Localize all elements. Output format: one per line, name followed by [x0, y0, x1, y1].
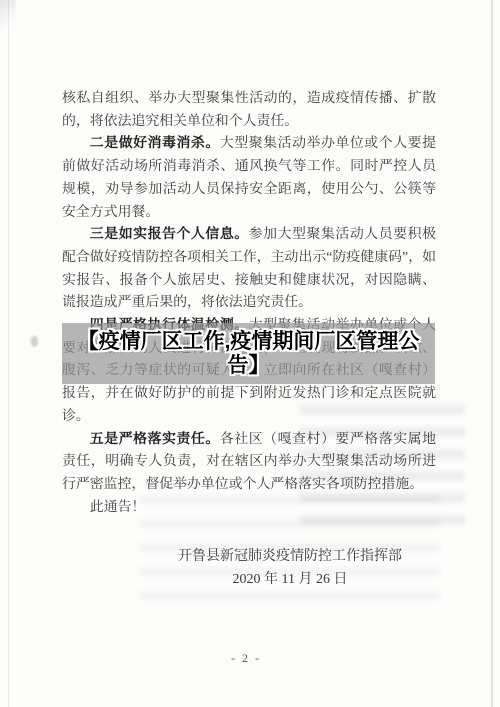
paragraph: 五是严格落实责任。各社区（嘎查村）要严格落实属地责任，明确专人负责，对在辖区内举… — [62, 429, 436, 497]
page-edge-right-line — [491, 0, 493, 707]
signature-block: 开鲁县新冠肺炎疫情防控工作指挥部 2020 年 11 月 26 日 — [110, 545, 470, 591]
paragraph-lead: 五是严格落实责任。 — [90, 432, 220, 447]
watermark-title: 【疫情厂区工作,疫情期间厂区管理公告】 — [74, 330, 424, 378]
page-edge-left-line — [8, 0, 9, 707]
paragraph: 核私自组织、举办大型聚集性活动的，造成疫情传播、扩散的，将依法追究相关单位和个人… — [62, 88, 436, 133]
notice-body: 核私自组织、举办大型聚集性活动的，造成疫情传播、扩散的，将依法追究相关单位和个人… — [62, 88, 436, 519]
paragraph-lead: 三是如实报告个人信息。 — [90, 227, 249, 242]
page-number: - 2 - — [0, 651, 496, 666]
issuer-signature: 开鲁县新冠肺炎疫情防控工作指挥部 — [110, 545, 470, 568]
paragraph-text: 此通告！ — [90, 500, 146, 515]
paragraph: 二是做好消毒消杀。大型聚集活动举办单位或个人要提前做好活动场所消毒消杀、通风换气… — [62, 133, 436, 224]
scan-mark — [31, 336, 38, 347]
issue-date: 2020 年 11 月 26 日 — [110, 568, 470, 591]
paragraph: 此通告！ — [62, 497, 436, 520]
paragraph: 三是如实报告个人信息。参加大型聚集活动人员要积极配合做好疫情防控各项相关工作，主… — [62, 224, 436, 315]
paragraph-lead: 二是做好消毒消杀。 — [90, 136, 220, 151]
scan-corner-shadow — [0, 0, 16, 30]
paragraph-text: 核私自组织、举办大型聚集性活动的，造成疫情传播、扩散的，将依法追究相关单位和个人… — [62, 91, 436, 129]
watermark-band: 【疫情厂区工作,疫情期间厂区管理公告】 — [62, 323, 435, 384]
